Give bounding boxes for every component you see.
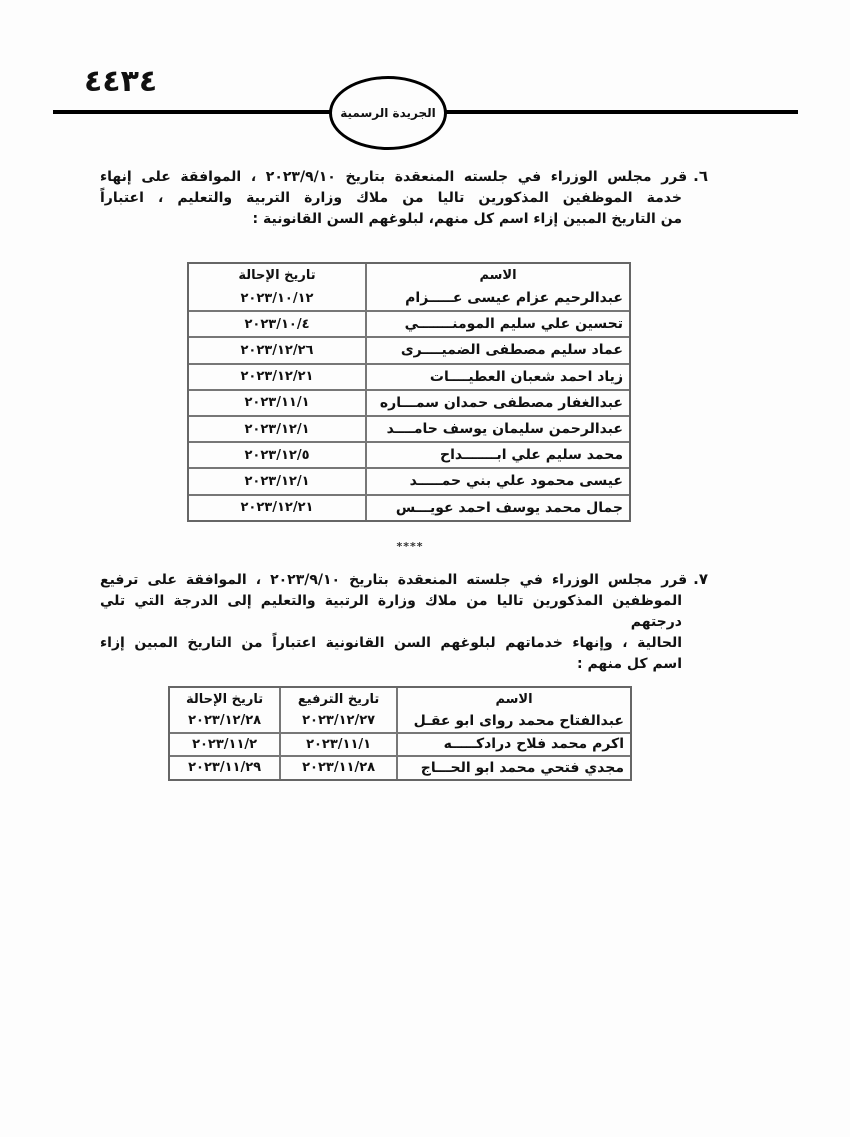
retirement-date-cell: ٢٠٢٣/١٠/٤ bbox=[189, 312, 365, 338]
publication-title: الجريدة الرسمية bbox=[340, 106, 436, 120]
header-oval: الجريدة الرسمية bbox=[329, 76, 447, 150]
decision-6-line-1: ٦.قرر مجلس الوزراء في جلسته المنعقدة بتا… bbox=[100, 166, 708, 188]
retirement-date-cell: ٢٠٢٣/١٢/٢١ bbox=[189, 365, 365, 391]
retirement-date-cell: ٢٠٢٣/١٢/١ bbox=[189, 469, 365, 495]
promotion-date-cell: ٢٠٢٣/١١/٢٨ bbox=[279, 757, 396, 779]
table-row: عيسى محمود علي بني حمـــــد٢٠٢٣/١٢/١ bbox=[189, 469, 629, 495]
decision-7-line-4: اسم كل منهم : bbox=[100, 654, 708, 675]
decision-6-number: ٦. bbox=[693, 167, 708, 185]
name-cell: محمد سليم علي ابـــــــداح bbox=[365, 443, 629, 469]
table-row: محمد سليم علي ابـــــــداح٢٠٢٣/١٢/٥ bbox=[189, 443, 629, 469]
decision-7-line-2: الموظفين المذكورين تاليا من ملاك وزارة ا… bbox=[100, 591, 708, 633]
table-row: عبدالرحمن سليمان يوسف حامــــد٢٠٢٣/١٢/١ bbox=[189, 417, 629, 443]
table-row: اكرم محمد فلاح درادكـــــه٢٠٢٣/١١/١٢٠٢٣/… bbox=[170, 734, 630, 758]
column-header-promotion-date: تاريخ الترفيع bbox=[279, 688, 396, 710]
table-row: جمال محمد يوسف احمد عويـــس٢٠٢٣/١٢/٢١ bbox=[189, 496, 629, 520]
name-cell: عيسى محمود علي بني حمـــــد bbox=[365, 469, 629, 495]
name-cell: عبدالفتاح محمد رواى ابو عقـل bbox=[396, 710, 630, 734]
decision-7-paragraph: ٧.قرر مجلس الوزراء في جلسته المنعقدة بتا… bbox=[100, 569, 708, 675]
column-header-name: الاسم bbox=[396, 688, 630, 710]
name-cell: عبدالغفار مصطفى حمدان سمـــاره bbox=[365, 391, 629, 417]
name-cell: زياد احمد شعبان العطيــــات bbox=[365, 365, 629, 391]
table-row: زياد احمد شعبان العطيــــات٢٠٢٣/١٢/٢١ bbox=[189, 365, 629, 391]
retirement-date-cell: ٢٠٢٣/١٢/٥ bbox=[189, 443, 365, 469]
retirement-date-cell: ٢٠٢٣/١١/٢ bbox=[170, 734, 279, 758]
decision-7-line-3: الحالية ، وإنهاء خدماتهم لبلوغهم السن ال… bbox=[100, 633, 708, 654]
table-row: عبدالرحيم عزام عيسى عـــــزام٢٠٢٣/١٠/١٢ bbox=[189, 286, 629, 312]
promotion-date-cell: ٢٠٢٣/١١/١ bbox=[279, 734, 396, 758]
column-header-name: الاسم bbox=[365, 264, 629, 286]
decision-6-line-2: خدمة الموظفين المذكورين تاليا من ملاك وز… bbox=[100, 188, 708, 209]
table-row: عبدالفتاح محمد رواى ابو عقـل٢٠٢٣/١٢/٢٧٢٠… bbox=[170, 710, 630, 734]
table-row: مجدي فتحي محمد ابو الحـــاج٢٠٢٣/١١/٢٨٢٠٢… bbox=[170, 757, 630, 779]
decision-6-line-3: من التاريخ المبين إزاء اسم كل منهم، لبلو… bbox=[100, 209, 708, 230]
retirement-date-cell: ٢٠٢٣/١٠/١٢ bbox=[189, 286, 365, 312]
retirement-date-cell: ٢٠٢٣/١١/٢٩ bbox=[170, 757, 279, 779]
name-cell: اكرم محمد فلاح درادكـــــه bbox=[396, 734, 630, 758]
retirement-date-cell: ٢٠٢٣/١٢/٢٨ bbox=[170, 710, 279, 734]
table-row: عبدالغفار مصطفى حمدان سمـــاره٢٠٢٣/١١/١ bbox=[189, 391, 629, 417]
retirement-date-cell: ٢٠٢٣/١٢/٢١ bbox=[189, 496, 365, 520]
name-cell: مجدي فتحي محمد ابو الحـــاج bbox=[396, 757, 630, 779]
retirement-date-cell: ٢٠٢٣/١٢/١ bbox=[189, 417, 365, 443]
decision-7-line-1: ٧.قرر مجلس الوزراء في جلسته المنعقدة بتا… bbox=[100, 569, 708, 591]
section-separator: **** bbox=[380, 540, 440, 553]
retirement-date-cell: ٢٠٢٣/١١/١ bbox=[189, 391, 365, 417]
table-row: عماد سليم مصطفى الضميــــرى٢٠٢٣/١٢/٢٦ bbox=[189, 338, 629, 364]
table-header-row: الاسم تاريخ الترفيع تاريخ الإحالة bbox=[170, 688, 630, 710]
decision-6-table: الاسم تاريخ الإحالة عبدالرحيم عزام عيسى … bbox=[187, 262, 631, 522]
column-header-retirement-date: تاريخ الإحالة bbox=[170, 688, 279, 710]
column-header-retirement-date: تاريخ الإحالة bbox=[189, 264, 365, 286]
name-cell: جمال محمد يوسف احمد عويـــس bbox=[365, 496, 629, 520]
promotion-date-cell: ٢٠٢٣/١٢/٢٧ bbox=[279, 710, 396, 734]
name-cell: عبدالرحيم عزام عيسى عـــــزام bbox=[365, 286, 629, 312]
name-cell: عماد سليم مصطفى الضميــــرى bbox=[365, 338, 629, 364]
name-cell: عبدالرحمن سليمان يوسف حامــــد bbox=[365, 417, 629, 443]
decision-6-paragraph: ٦.قرر مجلس الوزراء في جلسته المنعقدة بتا… bbox=[100, 166, 708, 230]
decision-7-table: الاسم تاريخ الترفيع تاريخ الإحالة عبدالف… bbox=[168, 686, 632, 781]
retirement-date-cell: ٢٠٢٣/١٢/٢٦ bbox=[189, 338, 365, 364]
page-number: ٤٤٣٤ bbox=[84, 64, 157, 100]
decision-7-number: ٧. bbox=[693, 570, 708, 588]
table-row: تحسين علي سليم المومنـــــــي٢٠٢٣/١٠/٤ bbox=[189, 312, 629, 338]
name-cell: تحسين علي سليم المومنـــــــي bbox=[365, 312, 629, 338]
table-header-row: الاسم تاريخ الإحالة bbox=[189, 264, 629, 286]
